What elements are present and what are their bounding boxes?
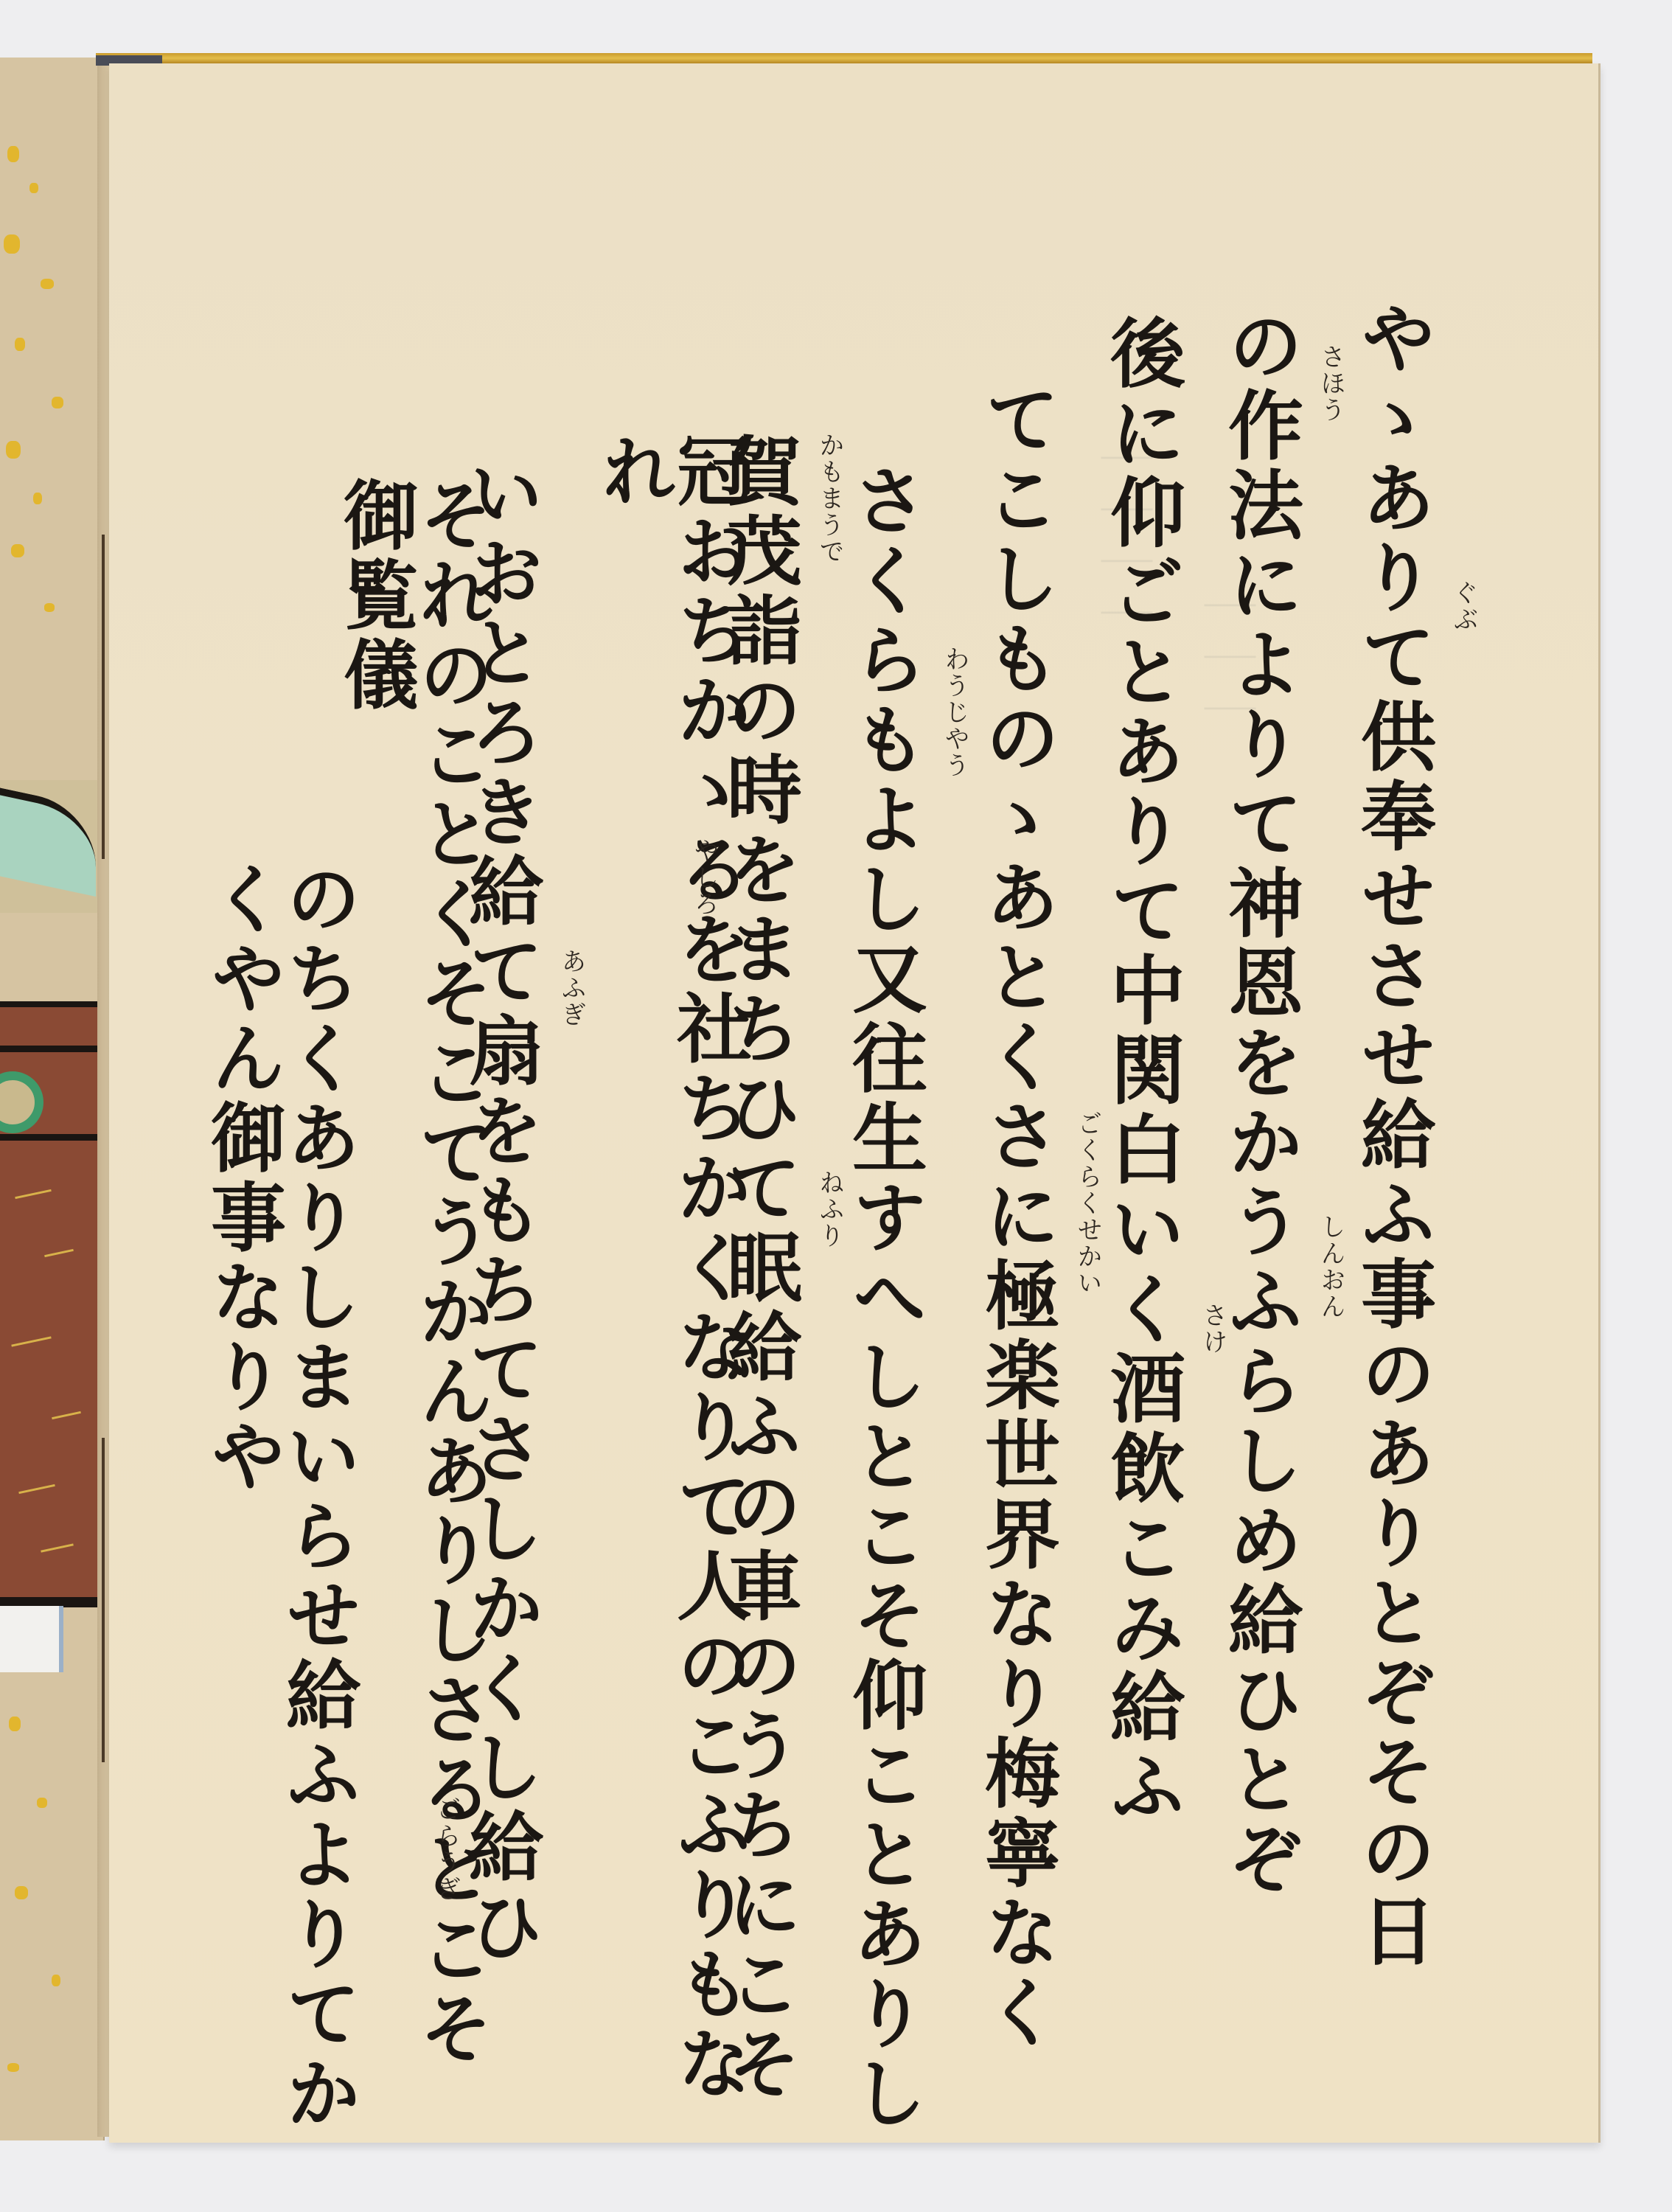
text-column-3: 後に仰ごとありて中関白いく酒飲こみ給ふ — [1104, 314, 1180, 1827]
left-facing-page — [0, 58, 105, 2140]
manuscript-page: ｜｜｜｜ ｜｜｜ やゝありて供奉せさせ給ふ事のありとぞその日 ぐぶ の作法により… — [109, 63, 1600, 2143]
gold-fleck — [7, 146, 19, 162]
text-column-7: 冠おちかゝるを社ちかくなりて人のこふりもなれ — [596, 432, 746, 2143]
gold-fleck — [4, 234, 20, 254]
gold-fleck — [15, 338, 25, 351]
ruby-annotation: ごくらくせかい — [1075, 1110, 1100, 1296]
ruby-annotation: かもまうで — [817, 432, 842, 565]
text-columns: やゝありて供奉せさせ給ふ事のありとぞその日 ぐぶ の作法によりて神恩をかうふらし… — [109, 63, 1598, 2143]
painting-white-robe — [0, 1606, 63, 1672]
gold-fleck — [7, 2063, 19, 2072]
gold-fleck — [6, 441, 21, 459]
gold-fleck — [29, 183, 38, 193]
gold-fleck — [41, 279, 54, 289]
ruby-annotation: ごらうぎ — [433, 1796, 459, 1902]
gold-fleck — [33, 493, 42, 504]
gold-fleck — [15, 1886, 28, 1899]
gold-fleck — [9, 1717, 21, 1731]
gold-fleck — [37, 1798, 47, 1808]
binding-stitch — [102, 535, 105, 859]
gilded-top-edge — [96, 53, 1592, 63]
ruby-annotation: さけ — [1200, 1302, 1225, 1355]
gold-fleck — [44, 603, 55, 612]
ruby-annotation: わうじやう — [942, 646, 967, 779]
painting-beam — [0, 1134, 97, 1141]
text-column-5: さくらもよし又往生すへしとこそ仰ことありし — [846, 462, 922, 2134]
ruby-annotation: あふぎ — [559, 948, 584, 1028]
ruby-annotation: ぐぶ — [1451, 580, 1476, 633]
text-column-4: てこしものゝあとくさに極楽世界なり梅寧なく — [979, 380, 1054, 2053]
gold-fleck — [11, 544, 24, 557]
text-column-10: のちくありしまいらせ給ふよりてかくやん御事なりや — [205, 860, 355, 2143]
painting-beam — [0, 1046, 97, 1052]
painting-fragment — [0, 780, 97, 1702]
text-column-1: やゝありて供奉せさせ給ふ事のありとぞその日 — [1355, 299, 1430, 1972]
gold-fleck — [52, 1975, 60, 1986]
ruby-annotation: やしろ — [692, 838, 717, 917]
ruby-annotation: ねふり — [817, 1169, 842, 1249]
ruby-annotation: さほう — [1318, 344, 1343, 423]
gold-fleck — [52, 397, 63, 408]
ruby-annotation: しんおん — [1318, 1214, 1343, 1320]
text-column-2: の作法によりて神恩をかうふらしめ給ひとぞ — [1222, 307, 1297, 1899]
binding-stitch — [102, 1438, 105, 1762]
